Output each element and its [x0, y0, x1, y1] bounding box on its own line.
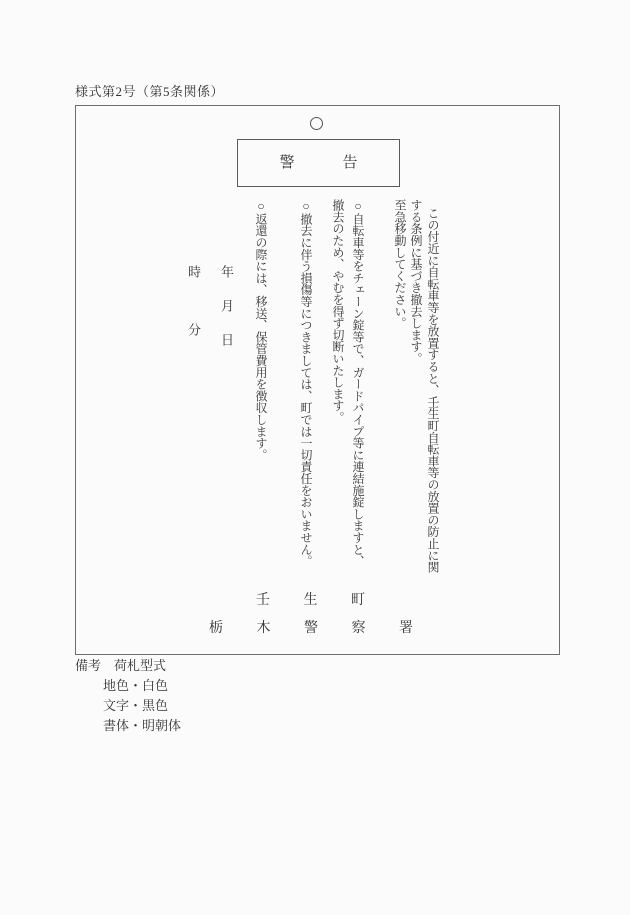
notice-text-column-5: 撤去のため、やむを得ず切断いたします。 — [331, 199, 344, 423]
notice-text-column-1: この付近に自転車等を放置すると、壬生町自転車等の放置の防止に関 — [426, 207, 439, 573]
notice-text-column-2: する条例に基づき撤去します。 — [409, 199, 422, 364]
notice-text-column-4: ○自転車等をチェーン錠等で、ガードパイプ等に連結施錠しますと、 — [351, 199, 364, 567]
signature-town: 壬生町 — [256, 594, 399, 608]
warning-title-box: 警告 — [237, 139, 400, 187]
remarks-line-text-color: 文字・黒色 — [103, 699, 168, 712]
notice-text-column-3: 至急移動してください。 — [393, 199, 406, 329]
hole-circle-mark — [310, 117, 323, 130]
form-number-label: 様式第2号（第5条関係） — [75, 85, 224, 98]
remarks-line-format: 備考 荷札型式 — [75, 659, 166, 672]
remarks-line-background-color: 地色・白色 — [103, 679, 168, 692]
notice-text-column-7: ○返還の際には、移送、保管費用を徴収します。 — [254, 199, 267, 461]
remarks-line-typeface: 書体・明朝体 — [103, 719, 181, 732]
signature-police-station: 栃木警察署 — [209, 622, 447, 636]
notice-text-column-6: ○撤去に伴う損傷等につきましては、町では一切責任をおいません。 — [299, 199, 312, 567]
warning-title: 警告 — [279, 156, 405, 171]
notice-box: 警告 この付近に自転車等を放置すると、壬生町自転車等の放置の防止に関 する条例に… — [75, 105, 560, 655]
date-placeholder: 年月日 — [219, 265, 233, 367]
form-page: 様式第2号（第5条関係） 警告 この付近に自転車等を放置すると、壬生町自転車等の… — [0, 0, 630, 915]
time-placeholder: 時分 — [186, 265, 200, 381]
